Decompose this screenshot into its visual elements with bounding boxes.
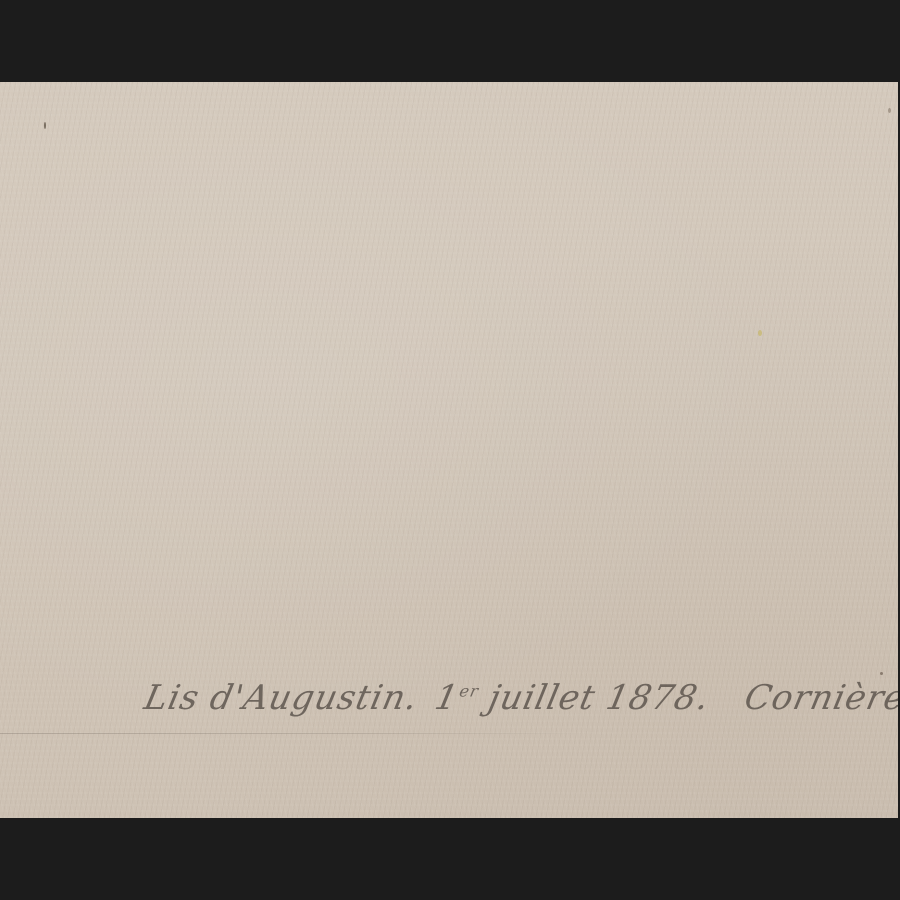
paper-blemish [758,330,762,336]
inscription-date: 1er juillet 1878. [431,678,731,718]
scan-frame: Lis d'Augustin.1er juillet 1878.Cornière… [0,0,900,900]
paper-blemish [888,108,891,113]
paper-sheet: Lis d'Augustin.1er juillet 1878.Cornière… [0,82,898,818]
paper-blemish [880,672,883,675]
inscription-place: Cornière. [741,678,898,718]
inscription-name: Lis d'Augustin. [141,678,422,718]
handwritten-inscription: Lis d'Augustin.1er juillet 1878.Cornière… [141,678,898,718]
pencil-guide-line [0,733,600,734]
inscription-day-suffix: er [458,682,481,701]
paper-blemish [44,122,46,129]
inscription-month-year: juillet 1878. [485,678,714,718]
